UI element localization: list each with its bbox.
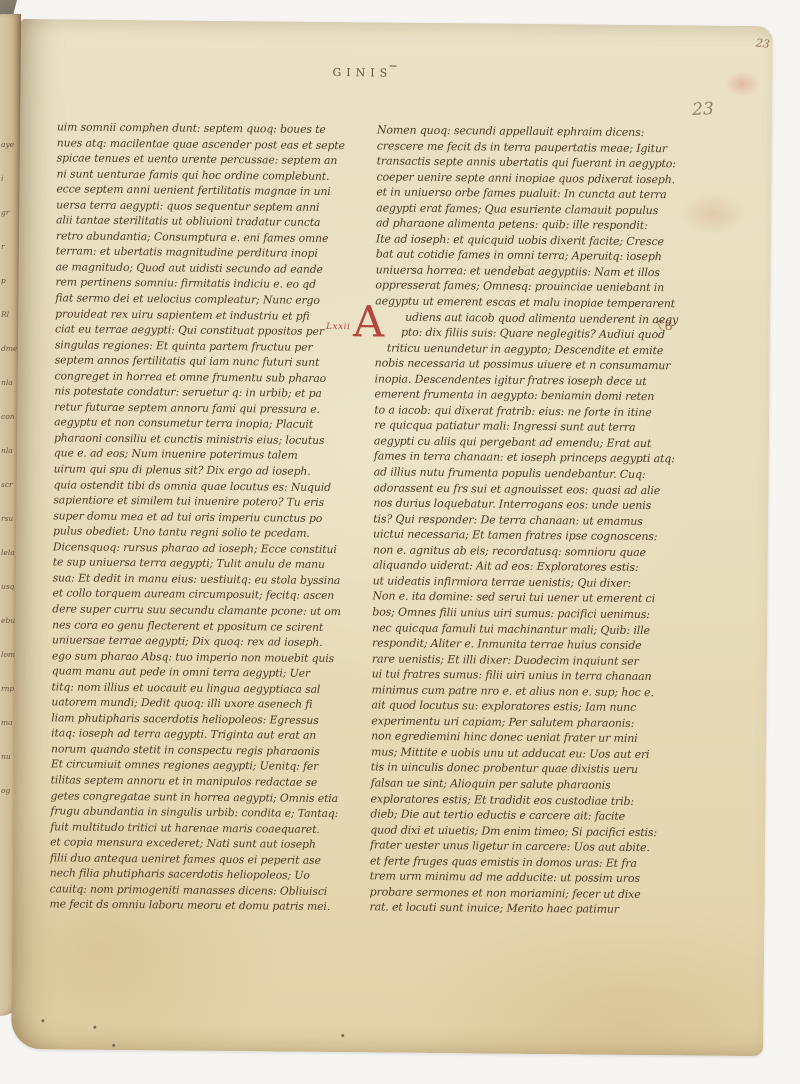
folio-number-lower: 23 — [692, 99, 714, 120]
text-line: me fecit ds omniu laboru meoru et domu p… — [49, 897, 343, 915]
chapter-initial-letter: A — [353, 301, 384, 344]
folio-number-top: 23 — [755, 36, 770, 51]
facing-page-text-fragment: gr — [1, 208, 21, 217]
wormhole — [41, 1019, 44, 1022]
text-column-right: A Nomen quoq: secundi appellauit ephraim… — [369, 122, 717, 918]
wormhole — [93, 1026, 96, 1029]
running-title: GINIS — [332, 66, 392, 80]
manuscript-photo: ayeigrrpRldmenlaconnlascrrsulelausqebusl… — [0, 0, 800, 1084]
facing-page-text-fragment: i — [1, 174, 21, 183]
text-column-left: uim somnii comphen dunt: septem quoq: bo… — [49, 119, 351, 915]
wormhole — [112, 1044, 115, 1047]
text-line: rat. et locuti sunt inuice; Merito haec … — [369, 900, 709, 919]
title-macron-mark — [390, 66, 397, 67]
wormhole — [341, 1034, 344, 1037]
parchment-page: GINIS 23 23 Lxxii 87 uim somnii comphen … — [11, 19, 773, 1056]
facing-page-text-fragment: aye — [1, 140, 21, 149]
